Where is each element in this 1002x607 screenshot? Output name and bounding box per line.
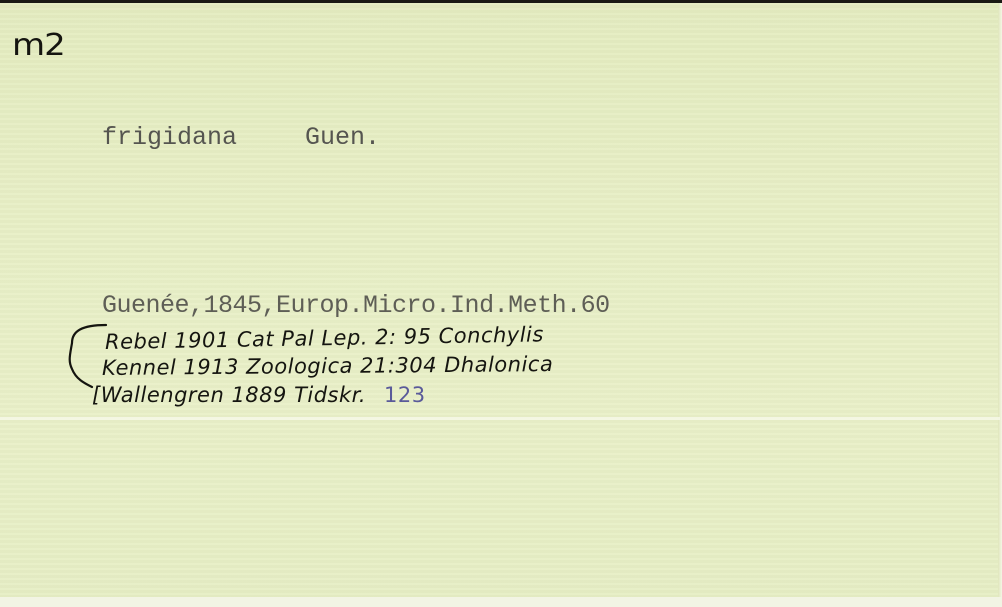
card-code: m2 bbox=[12, 27, 65, 63]
card-edge bbox=[998, 3, 1002, 603]
card-bottom-edge bbox=[0, 597, 1002, 607]
handwritten-note: Kennel 1913 Zoologica 21:304 Dhalonica bbox=[102, 352, 553, 380]
index-card: m2 frigidana Guen. Guenée,1845,Europ.Mic… bbox=[0, 3, 1000, 603]
handwritten-note: [Wallengren 1889 Tidskr.123 bbox=[92, 383, 426, 407]
scan-line bbox=[0, 417, 1000, 420]
species-name: frigidana bbox=[102, 123, 237, 152]
page-annotation: 123 bbox=[384, 383, 426, 407]
handwritten-note-text: [Wallengren 1889 Tidskr. bbox=[92, 383, 366, 407]
handwritten-note: Rebel 1901 Cat Pal Lep. 2: 95 Conchylis bbox=[105, 322, 544, 354]
original-citation: Guenée,1845,Europ.Micro.Ind.Meth.60 bbox=[102, 291, 610, 320]
species-author: Guen. bbox=[305, 123, 380, 152]
